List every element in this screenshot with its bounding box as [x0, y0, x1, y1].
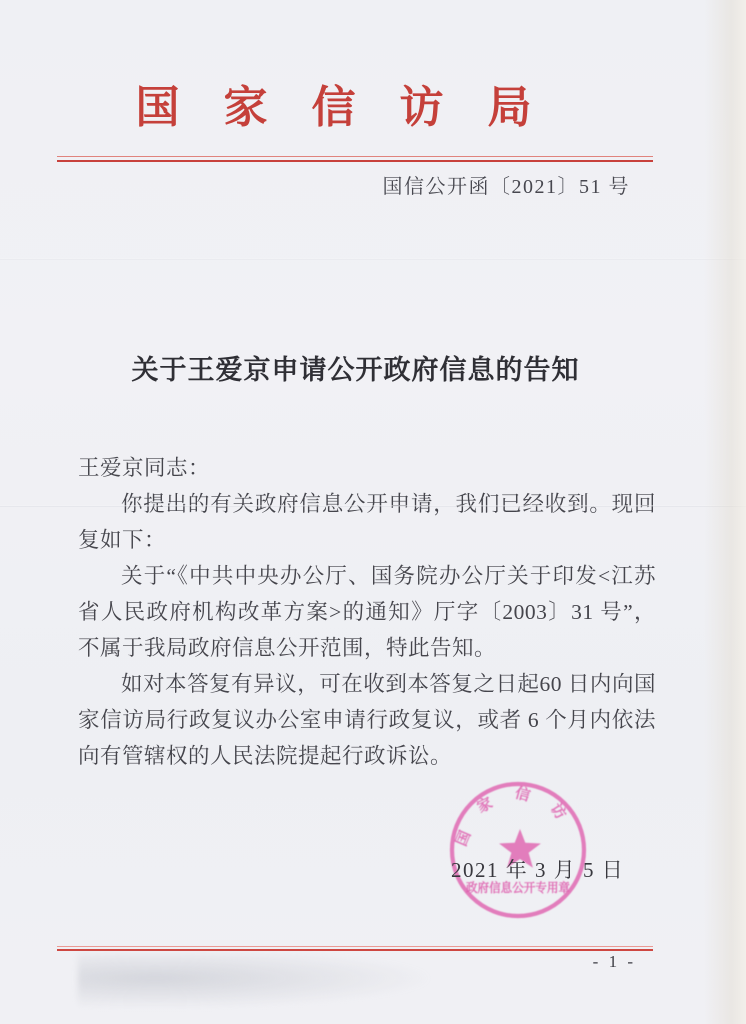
letter-body: 王爱京同志： 你提出的有关政府信息公开申请，我们已经收到。现回复如下： 关于“《…	[78, 450, 656, 774]
footer-divider	[57, 946, 653, 951]
seal-arc-text: 国家信访局	[448, 779, 581, 849]
salutation: 王爱京同志：	[78, 450, 656, 486]
scan-edge-shadow	[704, 0, 746, 1024]
issue-date: 2021 年 3 月 5 日	[451, 854, 624, 884]
paper-crease	[0, 258, 746, 260]
agency-name-header: 国家信访局	[58, 84, 653, 132]
document-number: 国信公开函〔2021〕51 号	[383, 170, 631, 199]
scan-smudge-artifact	[78, 954, 428, 1008]
page-number: - 1 -	[593, 952, 636, 972]
paragraph: 你提出的有关政府信息公开申请，我们已经收到。现回复如下：	[78, 486, 656, 558]
document-title: 关于王爱京申请公开政府信息的告知	[58, 352, 653, 388]
seal-graphic: 国家信访局 政府信息公开专用章	[448, 779, 589, 923]
scanned-letter-page: 国家信访局 国信公开函〔2021〕51 号 关于王爱京申请公开政府信息的告知 王…	[0, 0, 746, 1024]
paragraph: 关于“《中共中央办公厅、国务院办公厅关于印发<江苏省人民政府机构改革方案>的通知…	[78, 558, 656, 666]
paper-crease	[0, 505, 746, 507]
official-seal-stamp: 国家信访局 政府信息公开专用章	[448, 779, 589, 923]
paragraph: 如对本答复有异议，可在收到本答复之日起60 日内向国家信访局行政复议办公室申请行…	[78, 666, 656, 774]
header-divider	[57, 156, 653, 162]
